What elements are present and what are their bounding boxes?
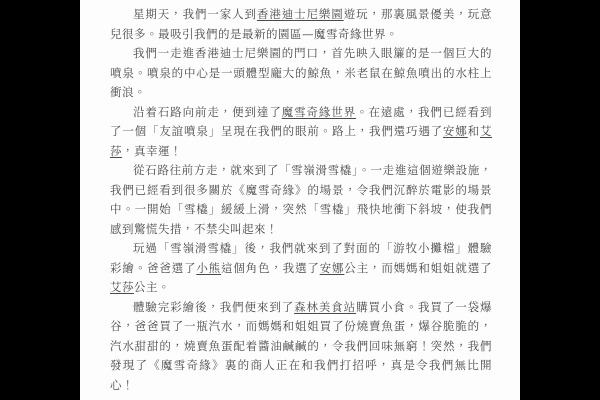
proper-noun-text: 艾莎 xyxy=(110,280,134,294)
paragraph: 沿着石路向前走，便到達了魔雪奇緣世界。在遠處，我們已經看到了一個「友誼噴泉」呈現… xyxy=(110,103,492,162)
proper-noun-text: 香港迪士尼樂園 xyxy=(257,7,344,21)
body-text: 沿着石路向前走，便到達了 xyxy=(133,105,282,119)
paragraph: 體驗完彩繪後，我們便來到了森林美食站購買小食。我買了一袋爆谷，爸爸買了一瓶汽水，… xyxy=(110,298,492,396)
body-text: 從石路往前方走，就來到了「雪嶺滑雪橇」。一走進這個遊樂設施，我們已經看到很多關於… xyxy=(110,163,492,236)
paragraph: 星期天，我們一家人到香港迪士尼樂園遊玩，那裏風景優美，玩意兒很多。最吸引我們的是… xyxy=(110,5,492,44)
paragraph: 從石路往前方走，就來到了「雪嶺滑雪橇」。一走進這個遊樂設施，我們已經看到很多關於… xyxy=(110,161,492,239)
proper-noun-text: 安娜 xyxy=(320,261,345,275)
body-text: 公主，而媽媽和姐姐就選了 xyxy=(344,261,492,275)
body-text: 星期天，我們一家人到 xyxy=(133,7,257,21)
body-text: 和 xyxy=(468,124,480,138)
paragraph: 玩過「雪嶺滑雪橇」後，我們就來到了對面的「游牧小攤檔」體驗彩繪。爸爸選了小熊這個… xyxy=(110,239,492,298)
body-text: 這個角色，我選了 xyxy=(221,261,320,275)
proper-noun-text: 魔雪奇緣世界 xyxy=(282,105,356,119)
document-content: 星期天，我們一家人到香港迪士尼樂園遊玩，那裏風景優美，玩意兒很多。最吸引我們的是… xyxy=(80,0,520,395)
body-text: 體驗完彩繪後，我們便來到了 xyxy=(133,300,294,314)
body-text: 公主。 xyxy=(134,280,170,294)
letterbox-left xyxy=(0,0,80,400)
screenshot-stage: 星期天，我們一家人到香港迪士尼樂園遊玩，那裏風景優美，玩意兒很多。最吸引我們的是… xyxy=(0,0,600,400)
body-text: 我們一走進香港迪士尼樂園的門口，首先映入眼簾的是一個巨大的噴泉。噴泉的中心是一頭… xyxy=(110,46,492,99)
paragraph: 我們一走進香港迪士尼樂園的門口，首先映入眼簾的是一個巨大的噴泉。噴泉的中心是一頭… xyxy=(110,44,492,103)
proper-noun-text: 小熊 xyxy=(196,261,221,275)
letterbox-right xyxy=(520,0,600,400)
body-text: ，真幸運！ xyxy=(122,144,182,158)
proper-noun-text: 森林美食站 xyxy=(294,300,356,314)
document-page: 星期天，我們一家人到香港迪士尼樂園遊玩，那裏風景優美，玩意兒很多。最吸引我們的是… xyxy=(80,0,520,400)
proper-noun-text: 安娜 xyxy=(443,124,468,138)
